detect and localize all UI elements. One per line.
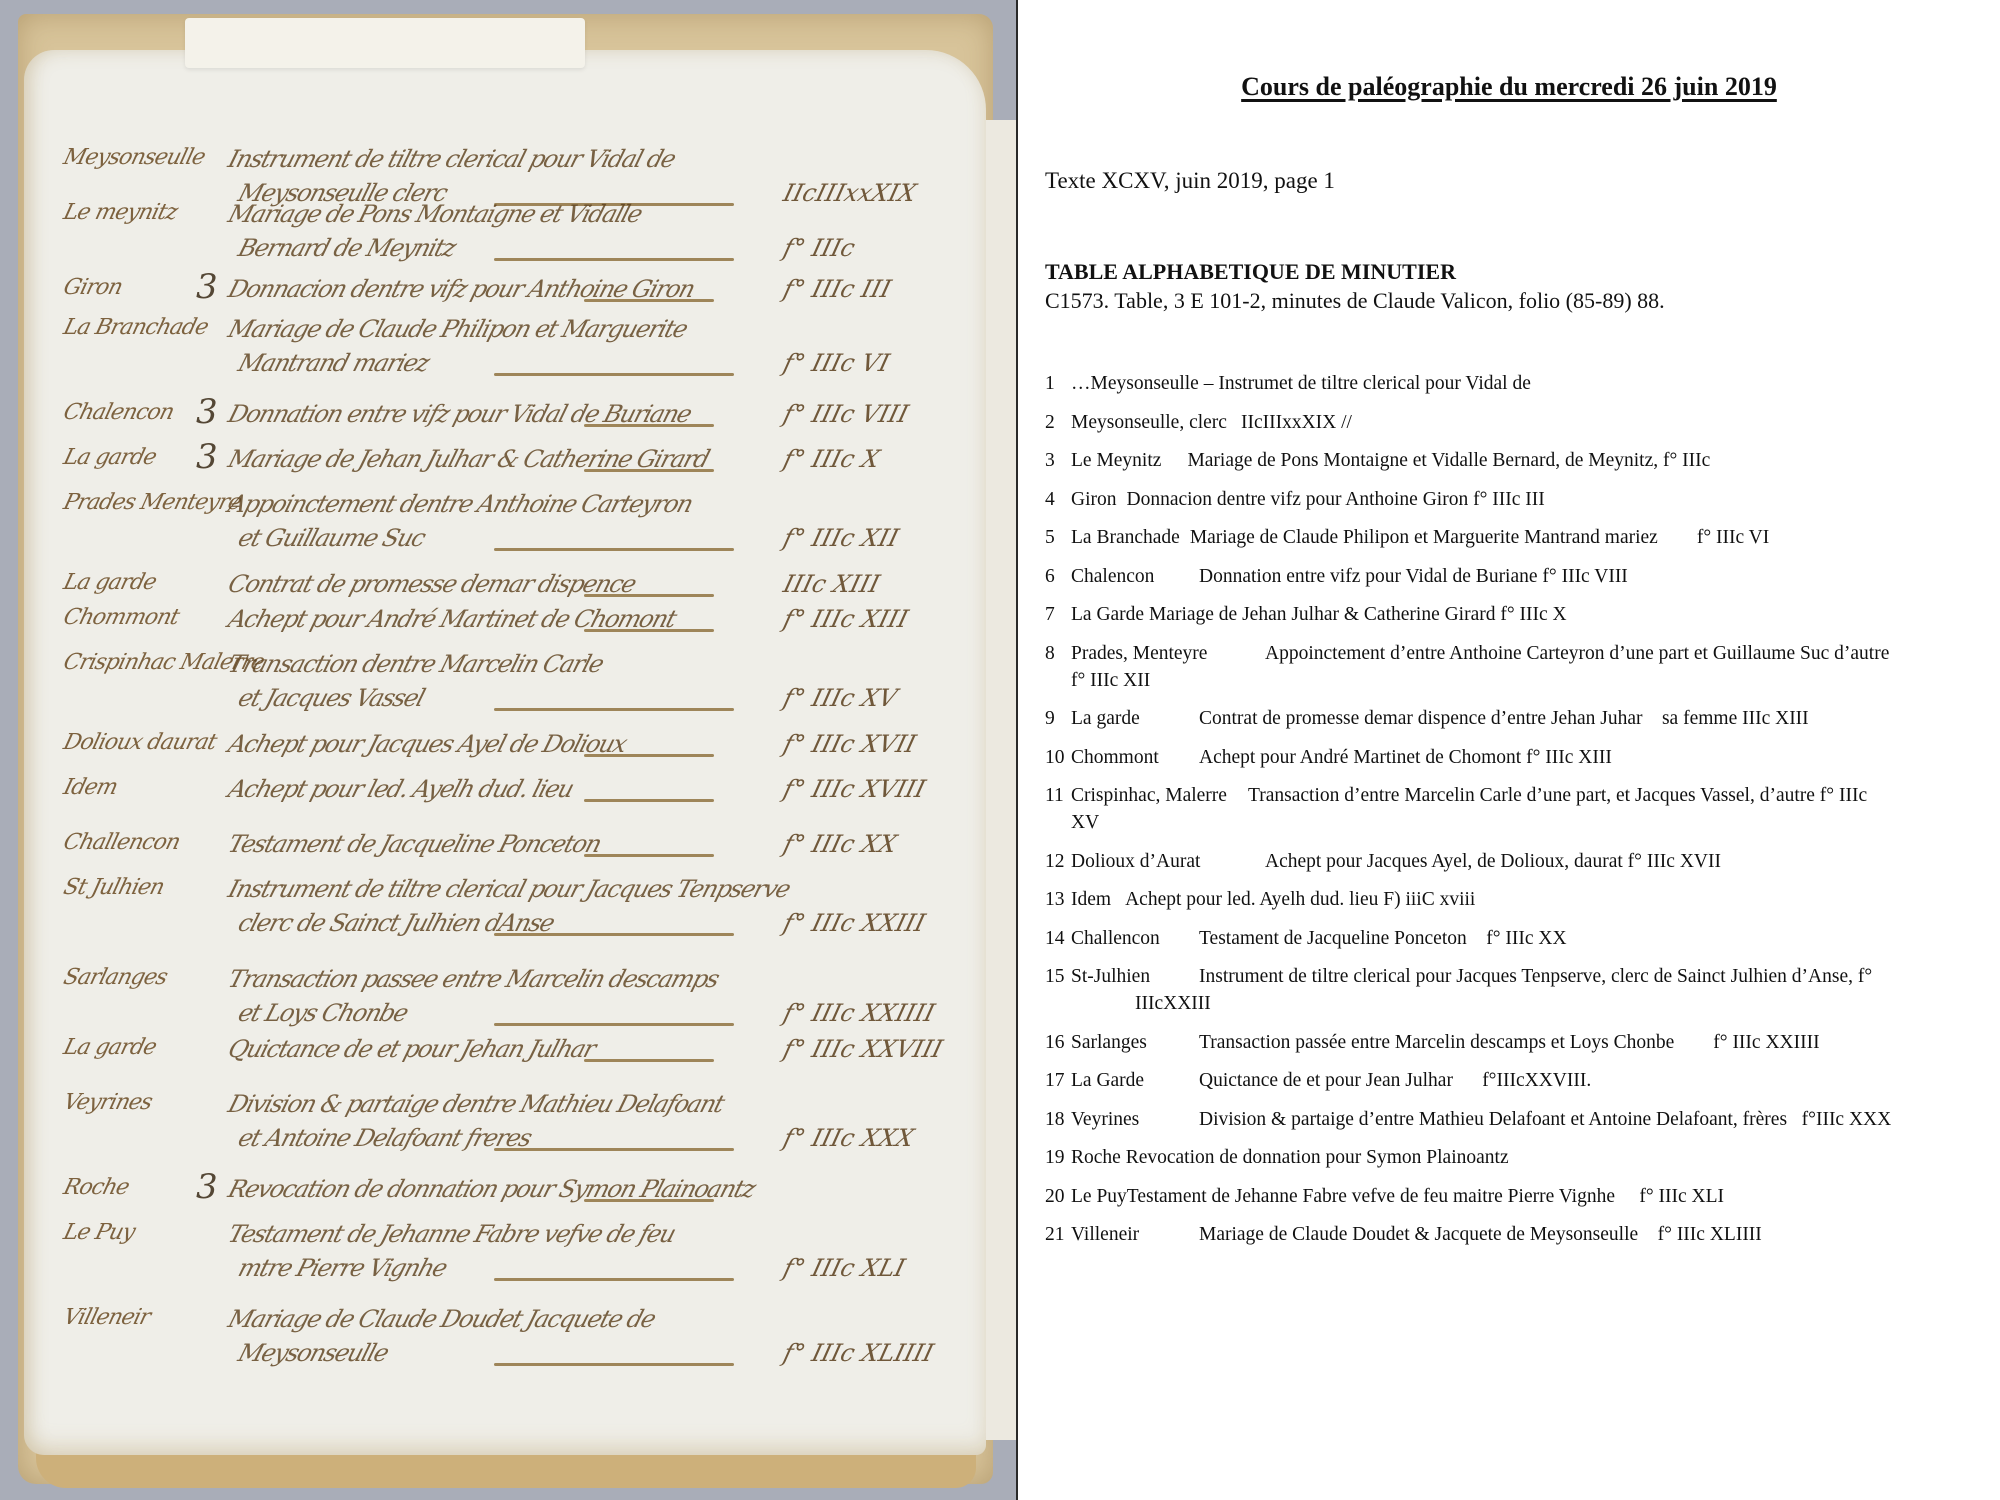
list-item: 12Dolioux d’AuratAchept pour Jacques Aye… bbox=[1045, 848, 1995, 875]
entry-text: Mariage de Jehan Julhar & Catherine Gira… bbox=[1149, 604, 1567, 625]
entry-place: Giron bbox=[1071, 489, 1117, 510]
list-item: 11Crispinhac, MalerreTransaction d’entre… bbox=[1045, 782, 1995, 836]
folio-number: f° IIIc bbox=[781, 234, 858, 262]
fill-stroke bbox=[494, 548, 734, 551]
fill-stroke bbox=[494, 1023, 734, 1026]
entry-number: 18 bbox=[1045, 1106, 1071, 1133]
entry-number: 5 bbox=[1045, 524, 1071, 551]
entry-place: …Meysonseulle – bbox=[1071, 373, 1213, 394]
folio-number: f° IIIc XX bbox=[781, 830, 900, 858]
entry-number: 2 bbox=[1045, 409, 1071, 436]
handwritten-line: Achept pour led. Ayelh dud. lieu bbox=[225, 775, 576, 803]
fill-stroke bbox=[494, 1363, 734, 1366]
margin-note: Sarlanges bbox=[61, 965, 170, 990]
manuscript-page: MeysonseulleInstrument de tiltre clerica… bbox=[24, 50, 986, 1455]
handwritten-line: Testament de Jacqueline Ponceton bbox=[225, 830, 604, 858]
handwritten-line: et Antoine Delafoant freres bbox=[235, 1124, 534, 1152]
entry-text: Mariage de Pons Montaigne et Vidalle Ber… bbox=[1187, 450, 1710, 471]
handwritten-line: Appoinctement dentre Anthoine Carteyron bbox=[225, 490, 695, 518]
entry-text: Donnacion dentre vifz pour Anthoine Giro… bbox=[1127, 489, 1545, 510]
margin-note: Le meynitz bbox=[61, 200, 180, 225]
entry-text: Transaction passée entre Marcelin descam… bbox=[1199, 1032, 1820, 1053]
entry-list: 1…Meysonseulle – Instrumet de tiltre cle… bbox=[1045, 370, 1995, 1260]
manuscript-photo: MeysonseulleInstrument de tiltre clerica… bbox=[0, 0, 1016, 1500]
list-item: 9La gardeContrat de promesse demar dispe… bbox=[1045, 705, 1995, 732]
entry-number: 8 bbox=[1045, 640, 1071, 667]
fill-stroke bbox=[584, 1199, 714, 1202]
fill-stroke bbox=[494, 933, 734, 936]
list-item: 7La Garde Mariage de Jehan Julhar & Cath… bbox=[1045, 601, 1995, 628]
margin-note: Challencon bbox=[61, 830, 182, 855]
list-item: 3Le MeynitzMariage de Pons Montaigne et … bbox=[1045, 447, 1995, 474]
fill-stroke bbox=[584, 629, 714, 632]
entry-place: Le Meynitz bbox=[1071, 450, 1161, 471]
entry-number: 12 bbox=[1045, 848, 1071, 875]
folio-number: f° IIIc XXVIII bbox=[781, 1035, 946, 1063]
margin-note: Villeneir bbox=[61, 1305, 153, 1330]
handwritten-line: Mariage de Claude Doudet Jacquete de bbox=[225, 1305, 658, 1333]
entry-place: La Garde bbox=[1071, 1067, 1199, 1094]
entry-text: Revocation de donnation pour Symon Plain… bbox=[1126, 1147, 1509, 1168]
margin-note: La garde bbox=[61, 445, 159, 470]
entry-text: Transaction d’entre Marcelin Carle d’une… bbox=[1248, 785, 1867, 806]
entry-text: Instrumet de tiltre clerical pour Vidal … bbox=[1218, 373, 1531, 394]
page-title: Cours de paléographie du mercredi 26 jui… bbox=[1018, 72, 2000, 102]
entry-place: Meysonseulle, clerc bbox=[1071, 412, 1227, 433]
handwritten-line: Bernard de Meynitz bbox=[235, 234, 459, 262]
entry-place: La garde bbox=[1071, 705, 1199, 732]
entry-number: 10 bbox=[1045, 744, 1071, 771]
list-item: 6ChalenconDonnation entre vifz pour Vida… bbox=[1045, 563, 1995, 590]
margin-note: Chalencon bbox=[61, 400, 176, 425]
entry-text: Achept pour Jacques Ayel, de Dolioux, da… bbox=[1265, 851, 1721, 872]
entry-place: Challencon bbox=[1071, 925, 1199, 952]
entry-number: 16 bbox=[1045, 1029, 1071, 1056]
list-item: 19Roche Revocation de donnation pour Sym… bbox=[1045, 1144, 1995, 1171]
entry-number: 11 bbox=[1045, 782, 1071, 809]
folio-number: f° IIIc VI bbox=[781, 349, 893, 377]
folio-number: f° IIIc X bbox=[781, 445, 883, 473]
handwritten-line: et Guillaume Suc bbox=[235, 524, 428, 552]
entry-place: Veyrines bbox=[1071, 1106, 1199, 1133]
entry-continuation: IIIcXXIII bbox=[1071, 990, 1995, 1017]
list-item: 10ChommontAchept pour André Martinet de … bbox=[1045, 744, 1995, 771]
entry-text: Donnation entre vifz pour Vidal de Buria… bbox=[1199, 566, 1628, 587]
fill-stroke bbox=[494, 258, 734, 261]
entry-number: 7 bbox=[1045, 601, 1071, 628]
entry-mark: 3 bbox=[196, 437, 218, 477]
folio-number: f° IIIc XLI bbox=[781, 1254, 909, 1282]
entry-text: Division & partaige d’entre Mathieu Dela… bbox=[1199, 1109, 1891, 1130]
margin-note: Meysonseulle bbox=[61, 145, 207, 170]
list-item: 1…Meysonseulle – Instrumet de tiltre cle… bbox=[1045, 370, 1995, 397]
margin-note: Le Puy bbox=[61, 1220, 137, 1245]
folio-number: f° IIIc XII bbox=[781, 524, 902, 552]
fill-stroke bbox=[584, 299, 714, 302]
handwritten-line: Instrument de tiltre clerical pour Vidal… bbox=[225, 145, 678, 173]
entry-place: Crispinhac, Malerre bbox=[1071, 782, 1248, 809]
entry-place: Sarlanges bbox=[1071, 1029, 1199, 1056]
handwritten-line: Division & partaige dentre Mathieu Delaf… bbox=[225, 1090, 727, 1118]
folio-number: f° IIIc XVIII bbox=[781, 775, 929, 803]
list-item: 15St-JulhienInstrument de tiltre clerica… bbox=[1045, 963, 1995, 1017]
fill-stroke bbox=[494, 1278, 734, 1281]
handwritten-line: Achept pour Jacques Ayel de Dolioux bbox=[225, 730, 629, 758]
handwritten-line: Mariage de Claude Philipon et Marguerite bbox=[225, 315, 690, 343]
fill-stroke bbox=[584, 424, 714, 427]
list-item: 4GironDonnacion dentre vifz pour Anthoin… bbox=[1045, 486, 1995, 513]
margin-note: Dolioux daurat bbox=[61, 730, 219, 755]
entry-continuation: f° IIIc XII bbox=[1071, 667, 1995, 694]
entry-text: Quictance de et pour Jean Julhar f°IIIcX… bbox=[1199, 1070, 1591, 1091]
handwritten-line: Mantrand mariez bbox=[235, 349, 432, 377]
fill-stroke bbox=[584, 799, 714, 802]
entry-number: 4 bbox=[1045, 486, 1071, 513]
fill-stroke bbox=[584, 594, 714, 597]
margin-note: La garde bbox=[61, 570, 159, 595]
title-text: Cours de paléographie du mercredi 26 jui… bbox=[1241, 72, 1777, 101]
entry-number: 13 bbox=[1045, 886, 1071, 913]
folio-number: f° IIIc XIII bbox=[781, 605, 912, 633]
folio-number: f° IIIc XLIIII bbox=[781, 1339, 937, 1367]
list-item: 2Meysonseulle, clercIIcIIIxxXIX // bbox=[1045, 409, 1995, 436]
entry-place: La Garde bbox=[1071, 604, 1144, 625]
entry-number: 14 bbox=[1045, 925, 1071, 952]
handwritten-line: Instrument de tiltre clerical pour Jacqu… bbox=[225, 875, 793, 903]
text-reference: Texte XCXV, juin 2019, page 1 bbox=[1045, 168, 1335, 194]
entry-text: Testament de Jacqueline Ponceton f° IIIc… bbox=[1199, 928, 1567, 949]
entry-text: Mariage de Claude Doudet & Jacquete de M… bbox=[1199, 1224, 1762, 1245]
margin-note: Giron bbox=[61, 275, 125, 300]
entry-place: Dolioux d’Aurat bbox=[1071, 848, 1265, 875]
handwritten-line: Meysonseulle bbox=[235, 1339, 391, 1367]
fill-stroke bbox=[584, 469, 714, 472]
entry-number: 9 bbox=[1045, 705, 1071, 732]
list-item: 5La BranchadeMariage de Claude Philipon … bbox=[1045, 524, 1995, 551]
entry-number: 17 bbox=[1045, 1067, 1071, 1094]
entry-text: Instrument de tiltre clerical pour Jacqu… bbox=[1199, 966, 1872, 987]
list-item: 8Prades, MenteyreAppoinctement d’entre A… bbox=[1045, 640, 1995, 694]
margin-note: Roche bbox=[61, 1175, 132, 1200]
handwritten-line: mtre Pierre Vignhe bbox=[235, 1254, 450, 1282]
entry-text: Contrat de promesse demar dispence d’ent… bbox=[1199, 708, 1809, 729]
entry-number: 6 bbox=[1045, 563, 1071, 590]
entry-text: Mariage de Claude Philipon et Marguerite… bbox=[1190, 527, 1769, 548]
entry-mark: 3 bbox=[196, 392, 218, 432]
margin-note: St Julhien bbox=[61, 875, 167, 900]
entry-text: Testament de Jehanne Fabre vefve de feu … bbox=[1127, 1186, 1724, 1207]
entry-place: Prades, Menteyre bbox=[1071, 640, 1265, 667]
entry-number: 3 bbox=[1045, 447, 1071, 474]
fill-stroke bbox=[584, 754, 714, 757]
entry-text: Achept pour led. Ayelh dud. lieu F) iiiC… bbox=[1125, 889, 1475, 910]
margin-note: Veyrines bbox=[61, 1090, 155, 1115]
list-item: 13IdemAchept pour led. Ayelh dud. lieu F… bbox=[1045, 886, 1995, 913]
folio-number: f° IIIc XV bbox=[781, 684, 900, 712]
entry-text: Appoinctement d’entre Anthoine Carteyron… bbox=[1265, 643, 1889, 664]
entry-place: Villeneir bbox=[1071, 1221, 1199, 1248]
entry-text: Achept pour André Martinet de Chomont f°… bbox=[1199, 747, 1612, 768]
entry-place: Roche bbox=[1071, 1147, 1121, 1168]
handwritten-line: Transaction passee entre Marcelin descam… bbox=[225, 965, 722, 993]
folio-number: f° IIIc XXX bbox=[781, 1124, 917, 1152]
fill-stroke bbox=[584, 854, 714, 857]
list-item: 17La GardeQuictance de et pour Jean Julh… bbox=[1045, 1067, 1995, 1094]
paper-flap bbox=[185, 18, 585, 68]
entry-place: Chalencon bbox=[1071, 563, 1199, 590]
entry-number: 15 bbox=[1045, 963, 1071, 990]
entry-text: IIcIIIxxXIX // bbox=[1241, 412, 1352, 433]
handwritten-line: Testament de Jehanne Fabre vefve de feu bbox=[225, 1220, 678, 1248]
handwritten-line: Contrat de promesse demar dispence bbox=[225, 570, 639, 598]
table-heading: TABLE ALPHABETIQUE DE MINUTIER bbox=[1045, 259, 1456, 285]
entry-place: Le Puy bbox=[1071, 1186, 1127, 1207]
transcription-document: Cours de paléographie du mercredi 26 jui… bbox=[1018, 0, 2000, 1500]
folio-number: f° IIIc XXIII bbox=[781, 909, 929, 937]
margin-note: La Branchade bbox=[61, 315, 211, 340]
folio-number: f° IIIc XXIIII bbox=[781, 999, 938, 1027]
entry-continuation: XV bbox=[1045, 809, 1995, 836]
margin-note: La garde bbox=[61, 1035, 159, 1060]
fill-stroke bbox=[584, 1059, 714, 1062]
margin-note: Idem bbox=[61, 775, 120, 800]
folio-number: f° IIIc III bbox=[781, 275, 894, 303]
margin-note: Chommont bbox=[61, 605, 181, 630]
fill-stroke bbox=[494, 373, 734, 376]
list-item: 16SarlangesTransaction passée entre Marc… bbox=[1045, 1029, 1995, 1056]
entry-number: 19 bbox=[1045, 1144, 1071, 1171]
entry-number: 21 bbox=[1045, 1221, 1071, 1248]
handwritten-line: Mariage de Pons Montaigne et Vidalle bbox=[225, 200, 645, 228]
entry-number: 1 bbox=[1045, 370, 1071, 397]
handwritten-line: et Loys Chonbe bbox=[235, 999, 411, 1027]
folio-number: f° IIIc VIII bbox=[781, 400, 912, 428]
entry-place: Chommont bbox=[1071, 744, 1199, 771]
handwritten-line: et Jacques Vassel bbox=[235, 684, 427, 712]
margin-note: Prades Menteyre bbox=[61, 490, 244, 515]
entry-place: La Branchade bbox=[1071, 527, 1180, 548]
entry-mark: 3 bbox=[196, 267, 218, 307]
entry-place: Idem bbox=[1071, 889, 1111, 910]
list-item: 20Le PuyTestament de Jehanne Fabre vefve… bbox=[1045, 1183, 1995, 1210]
folio-number: f° IIIc XVII bbox=[781, 730, 919, 758]
archive-reference: C1573. Table, 3 E 101-2, minutes de Clau… bbox=[1045, 288, 1665, 314]
folio-number: IIIc XIII bbox=[781, 570, 883, 598]
entry-mark: 3 bbox=[196, 1167, 218, 1207]
fill-stroke bbox=[494, 1148, 734, 1151]
list-item: 18VeyrinesDivision & partaige d’entre Ma… bbox=[1045, 1106, 1995, 1133]
handwritten-line: Quictance de et pour Jehan Julhar bbox=[225, 1035, 598, 1063]
entry-place: St-Julhien bbox=[1071, 963, 1199, 990]
fill-stroke bbox=[494, 708, 734, 711]
folio-number: IIcIIIxxXIX bbox=[781, 179, 920, 207]
list-item: 14ChallenconTestament de Jacqueline Ponc… bbox=[1045, 925, 1995, 952]
entry-number: 20 bbox=[1045, 1183, 1071, 1210]
handwritten-line: Transaction dentre Marcelin Carle bbox=[225, 650, 606, 678]
list-item: 21VilleneirMariage de Claude Doudet & Ja… bbox=[1045, 1221, 1995, 1248]
